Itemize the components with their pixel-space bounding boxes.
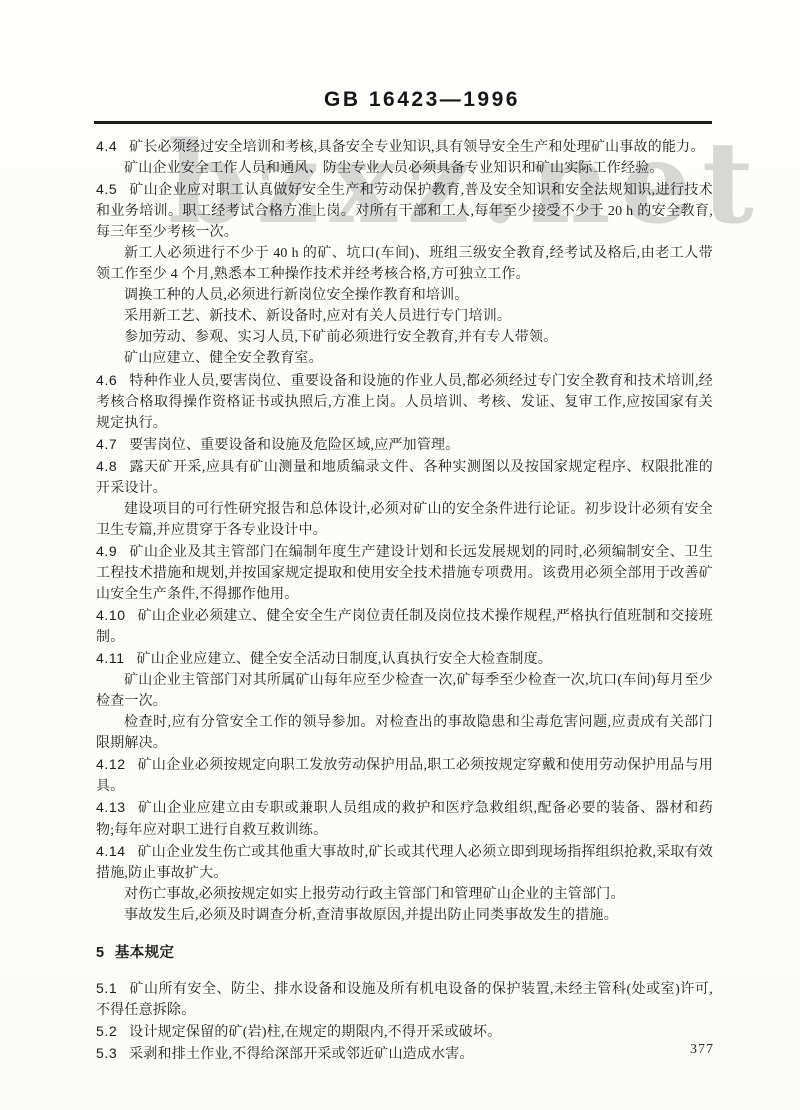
clause-number: 4.9 <box>96 543 117 559</box>
clause-5.1: 5.1矿山所有安全、防尘、排水设备和设施及所有机电设备的保护装置,未经主管科(处… <box>96 978 713 1021</box>
clause-number: 5.2 <box>96 1023 117 1039</box>
clause-4.6: 4.6特种作业人员,要害岗位、重要设备和设施的作业人员,都必须经过专门安全教育和… <box>96 370 713 434</box>
clause-4.10: 4.10矿山企业必须建立、健全安全生产岗位责任制及岗位技术操作规程,严格执行值班… <box>96 605 713 648</box>
header-divider-rule <box>94 121 712 124</box>
document-body: 4.4矿长必须经过安全培训和考核,具备安全专业知识,具有领导安全生产和处理矿山事… <box>96 136 713 1065</box>
paragraph: 矿山企业主管部门对其所属矿山每年应至少检查一次,矿每季至少检查一次,坑口(车间)… <box>96 670 713 712</box>
clause-text: 采剥和排土作业,不得给深部开采或邻近矿山造成水害。 <box>129 1047 474 1062</box>
clause-text: 矿山企业及其主管部门在编制年度生产建设计划和长远发展规划的同时,必须编制安全、卫… <box>96 545 713 602</box>
clause-text: 参加劳动、参观、实习人员,下矿前必须进行安全教育,并有专人带领。 <box>124 330 557 345</box>
clause-text: 调换工种的人员,必须进行新岗位安全操作教育和培训。 <box>124 288 469 303</box>
clause-4.5: 4.5矿山企业应对职工认真做好安全生产和劳动保护教育,普及安全知识和安全法规知识… <box>96 179 713 243</box>
clause-text: 矿山所有安全、防尘、排水设备和设施及所有机电设备的保护装置,未经主管科(处或室)… <box>96 982 713 1018</box>
clause-text: 矿山企业应建立、健全安全活动日制度,认真执行安全大检查制度。 <box>137 652 553 667</box>
clause-text: 要害岗位、重要设备和设施及危险区域,应严加管理。 <box>129 438 459 453</box>
clause-4.4: 4.4矿长必须经过安全培训和考核,具备安全专业知识,具有领导安全生产和处理矿山事… <box>96 136 713 158</box>
clause-5.2: 5.2设计规定保留的矿(岩)柱,在规定的期限内,不得开采或破坏。 <box>96 1021 713 1043</box>
clause-number: 4.11 <box>96 650 125 666</box>
clause-4.8: 4.8露天矿开采,应具有矿山测量和地质编录文件、各种实测图以及按国家规定程序、权… <box>96 456 713 499</box>
paragraph: 矿山应建立、健全安全教育室。 <box>96 348 713 369</box>
paragraph: 建设项目的可行性研究报告和总体设计,必须对矿山的安全条件进行论证。初步设计必须有… <box>96 499 713 541</box>
clause-4.12: 4.12矿山企业必须按规定向职工发放劳动保护用品,职工必须按规定穿戴和使用劳动保… <box>96 754 713 797</box>
clause-text: 矿山应建立、健全安全教育室。 <box>124 351 323 366</box>
clause-text: 采用新工艺、新技术、新设备时,应对有关人员进行专门培训。 <box>124 309 511 324</box>
clause-text: 矿山企业应建立由专职或兼职人员组成的救护和医疗急救组织,配备必要的装备、器材和药… <box>96 801 713 837</box>
clause-number: 4.7 <box>96 436 117 452</box>
clause-number: 4.13 <box>96 799 126 815</box>
paragraph: 调换工种的人员,必须进行新岗位安全操作教育和培训。 <box>96 285 713 306</box>
clause-4.11: 4.11矿山企业应建立、健全安全活动日制度,认真执行安全大检查制度。 <box>96 648 713 670</box>
paragraph: 参加劳动、参观、实习人员,下矿前必须进行安全教育,并有专人带领。 <box>96 327 713 348</box>
clause-text: 新工人必须进行不少于 40 h 的矿、坑口(车间)、班组三级安全教育,经考试及格… <box>96 246 713 282</box>
clause-number: 4.10 <box>96 607 126 623</box>
clause-number: 5.3 <box>96 1045 117 1061</box>
clause-text: 矿山企业必须按规定向职工发放劳动保护用品,职工必须按规定穿戴和使用劳动保护用品与… <box>96 758 713 794</box>
clause-text: 露天矿开采,应具有矿山测量和地质编录文件、各种实测图以及按国家规定程序、权限批准… <box>96 460 713 496</box>
clause-text: 矿山企业应对职工认真做好安全生产和劳动保护教育,普及安全知识和安全法规知识,进行… <box>96 183 713 240</box>
paragraph: 事故发生后,必须及时调查分析,查清事故原因,并提出防止同类事故发生的措施。 <box>96 905 713 926</box>
scanned-document-page: bzxz.net GB 16423—1996 4.4矿长必须经过安全培训和考核,… <box>0 0 800 1110</box>
clause-4.7: 4.7要害岗位、重要设备和设施及危险区域,应严加管理。 <box>96 434 713 456</box>
clause-text: 矿山企业安全工作人员和通风、防尘专业人员必须具备专业知识和矿山实际工作经验。 <box>124 161 664 176</box>
clause-text: 建设项目的可行性研究报告和总体设计,必须对矿山的安全条件进行论证。初步设计必须有… <box>96 502 713 538</box>
clause-text: 基本规定 <box>115 945 175 961</box>
clause-number: 4.4 <box>96 138 117 154</box>
clause-text: 矿山企业必须建立、健全安全生产岗位责任制及岗位技术操作规程,严格执行值班制和交接… <box>96 609 713 645</box>
clause-text: 特种作业人员,要害岗位、重要设备和设施的作业人员,都必须经过专门安全教育和技术培… <box>96 374 713 431</box>
standard-number-header: GB 16423—1996 <box>0 88 800 112</box>
page-number: 377 <box>690 1042 714 1058</box>
clause-text: 检查时,应有分管安全工作的领导参加。对检查出的事故隐患和尘毒危害问题,应责成有关… <box>96 715 713 751</box>
clause-text: 设计规定保留的矿(岩)柱,在规定的期限内,不得开采或破坏。 <box>129 1025 501 1040</box>
clause-text: 事故发生后,必须及时调查分析,查清事故原因,并提出防止同类事故发生的措施。 <box>124 908 618 923</box>
clause-number: 4.6 <box>96 372 117 388</box>
paragraph: 对伤亡事故,必须按规定如实上报劳动行政主管部门和管理矿山企业的主管部门。 <box>96 884 713 905</box>
clause-text: 矿山企业主管部门对其所属矿山每年应至少检查一次,矿每季至少检查一次,坑口(车间)… <box>96 673 713 709</box>
clause-number: 4.14 <box>96 843 126 859</box>
clause-text: 对伤亡事故,必须按规定如实上报劳动行政主管部门和管理矿山企业的主管部门。 <box>124 887 625 902</box>
paragraph: 采用新工艺、新技术、新设备时,应对有关人员进行专门培训。 <box>96 306 713 327</box>
clause-number: 4.5 <box>96 181 117 197</box>
paragraph: 检查时,应有分管安全工作的领导参加。对检查出的事故隐患和尘毒危害问题,应责成有关… <box>96 712 713 754</box>
clause-number: 4.12 <box>96 756 126 772</box>
clause-4.14: 4.14矿山企业发生伤亡或其他重大事故时,矿长或其代理人必须立即到现场指挥组织抢… <box>96 841 713 884</box>
clause-text: 矿山企业发生伤亡或其他重大事故时,矿长或其代理人必须立即到现场指挥组织抢救,采取… <box>96 845 713 881</box>
section-heading: 5基本规定 <box>96 943 713 964</box>
paragraph: 新工人必须进行不少于 40 h 的矿、坑口(车间)、班组三级安全教育,经考试及格… <box>96 243 713 285</box>
clause-number: 5 <box>96 945 105 961</box>
clause-4.9: 4.9矿山企业及其主管部门在编制年度生产建设计划和长远发展规划的同时,必须编制安… <box>96 541 713 605</box>
clause-number: 4.8 <box>96 458 117 474</box>
clause-number: 5.1 <box>96 980 117 996</box>
clause-4.13: 4.13矿山企业应建立由专职或兼职人员组成的救护和医疗急救组织,配备必要的装备、… <box>96 797 713 840</box>
paragraph: 矿山企业安全工作人员和通风、防尘专业人员必须具备专业知识和矿山实际工作经验。 <box>96 158 713 179</box>
clause-5.3: 5.3采剥和排土作业,不得给深部开采或邻近矿山造成水害。 <box>96 1043 713 1065</box>
clause-text: 矿长必须经过安全培训和考核,具备安全专业知识,具有领导安全生产和处理矿山事故的能… <box>129 140 704 155</box>
